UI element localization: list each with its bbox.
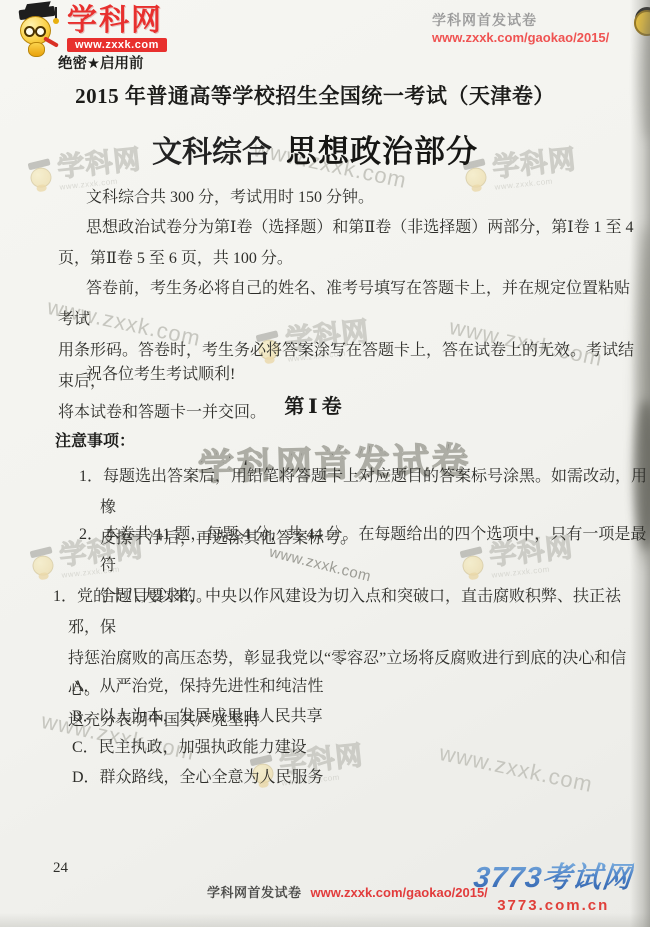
partner-logo-block: 3773考试网 3773.com.cn <box>474 855 633 914</box>
zxxk-mascot-icon <box>16 5 62 57</box>
exam-subtitle: 文科综合 思想政治部分 <box>0 126 630 171</box>
notes-title: 注意事项： <box>55 428 135 451</box>
section-name: 思想政治部分 <box>286 126 478 171</box>
zxxk-logo-url: www.zxxk.com <box>67 38 167 52</box>
header-brand-caption: 学科网首发试卷 <box>432 12 609 30</box>
mascot-body <box>28 42 45 57</box>
footer-brand-link: www.zxxk.com/gaokao/2015/ <box>311 885 488 900</box>
intro-paragraph: 文科综合共 300 分，考试用时 150 分钟。 <box>58 182 642 213</box>
scan-shadow-bottom <box>0 913 650 927</box>
partner-3773-url: 3773.com.cn <box>474 897 633 914</box>
classification-label: 绝密★启用前 <box>58 52 144 73</box>
subject-name: 文科综合 <box>152 127 272 171</box>
header-right-block: 学科网首发试卷 www.zxxk.com/gaokao/2015/ <box>432 12 609 46</box>
footer-brand-line: 学科网首发试卷 www.zxxk.com/gaokao/2015/ <box>207 882 488 901</box>
footer-brand-caption: 学科网首发试卷 <box>207 882 302 901</box>
partner-3773-logo: 3773考试网 <box>472 855 635 896</box>
option-d: D．群众路线，全心全意为人民服务 <box>72 762 632 793</box>
watermark-mascot-icon <box>29 546 58 581</box>
option-a: A．从严治党，保持先进性和纯洁性 <box>72 671 632 702</box>
good-luck-line: 祝各位考生考试顺利! <box>58 359 642 390</box>
zxxk-logo-text: 学科网 <box>67 5 167 37</box>
option-c: C．民主执政，加强执政能力建设 <box>72 732 632 763</box>
scanned-exam-page: 学科网www.zxxk.com www.zxxk.com 学科网www.zxxk… <box>0 0 650 927</box>
header-brand-link: www.zxxk.com/gaokao/2015/ <box>432 30 609 46</box>
scan-shadow-blob <box>640 20 650 140</box>
exam-title: 2015 年普通高等学校招生全国统一考试（天津卷） <box>0 80 630 110</box>
option-b: B．以人为本，发展成果由人民共享 <box>72 701 632 732</box>
cap-tassel-icon <box>55 7 57 20</box>
section-heading: 第Ⅰ卷 <box>0 390 630 419</box>
page-number: 24 <box>53 860 68 877</box>
intro-paragraph: 思想政治试卷分为第Ⅰ卷（选择题）和第Ⅱ卷（非选择题）两部分，第Ⅰ卷 1 至 4 … <box>58 212 642 274</box>
zxxk-logo: 学科网 www.zxxk.com <box>16 5 167 57</box>
diploma-icon <box>43 36 59 47</box>
